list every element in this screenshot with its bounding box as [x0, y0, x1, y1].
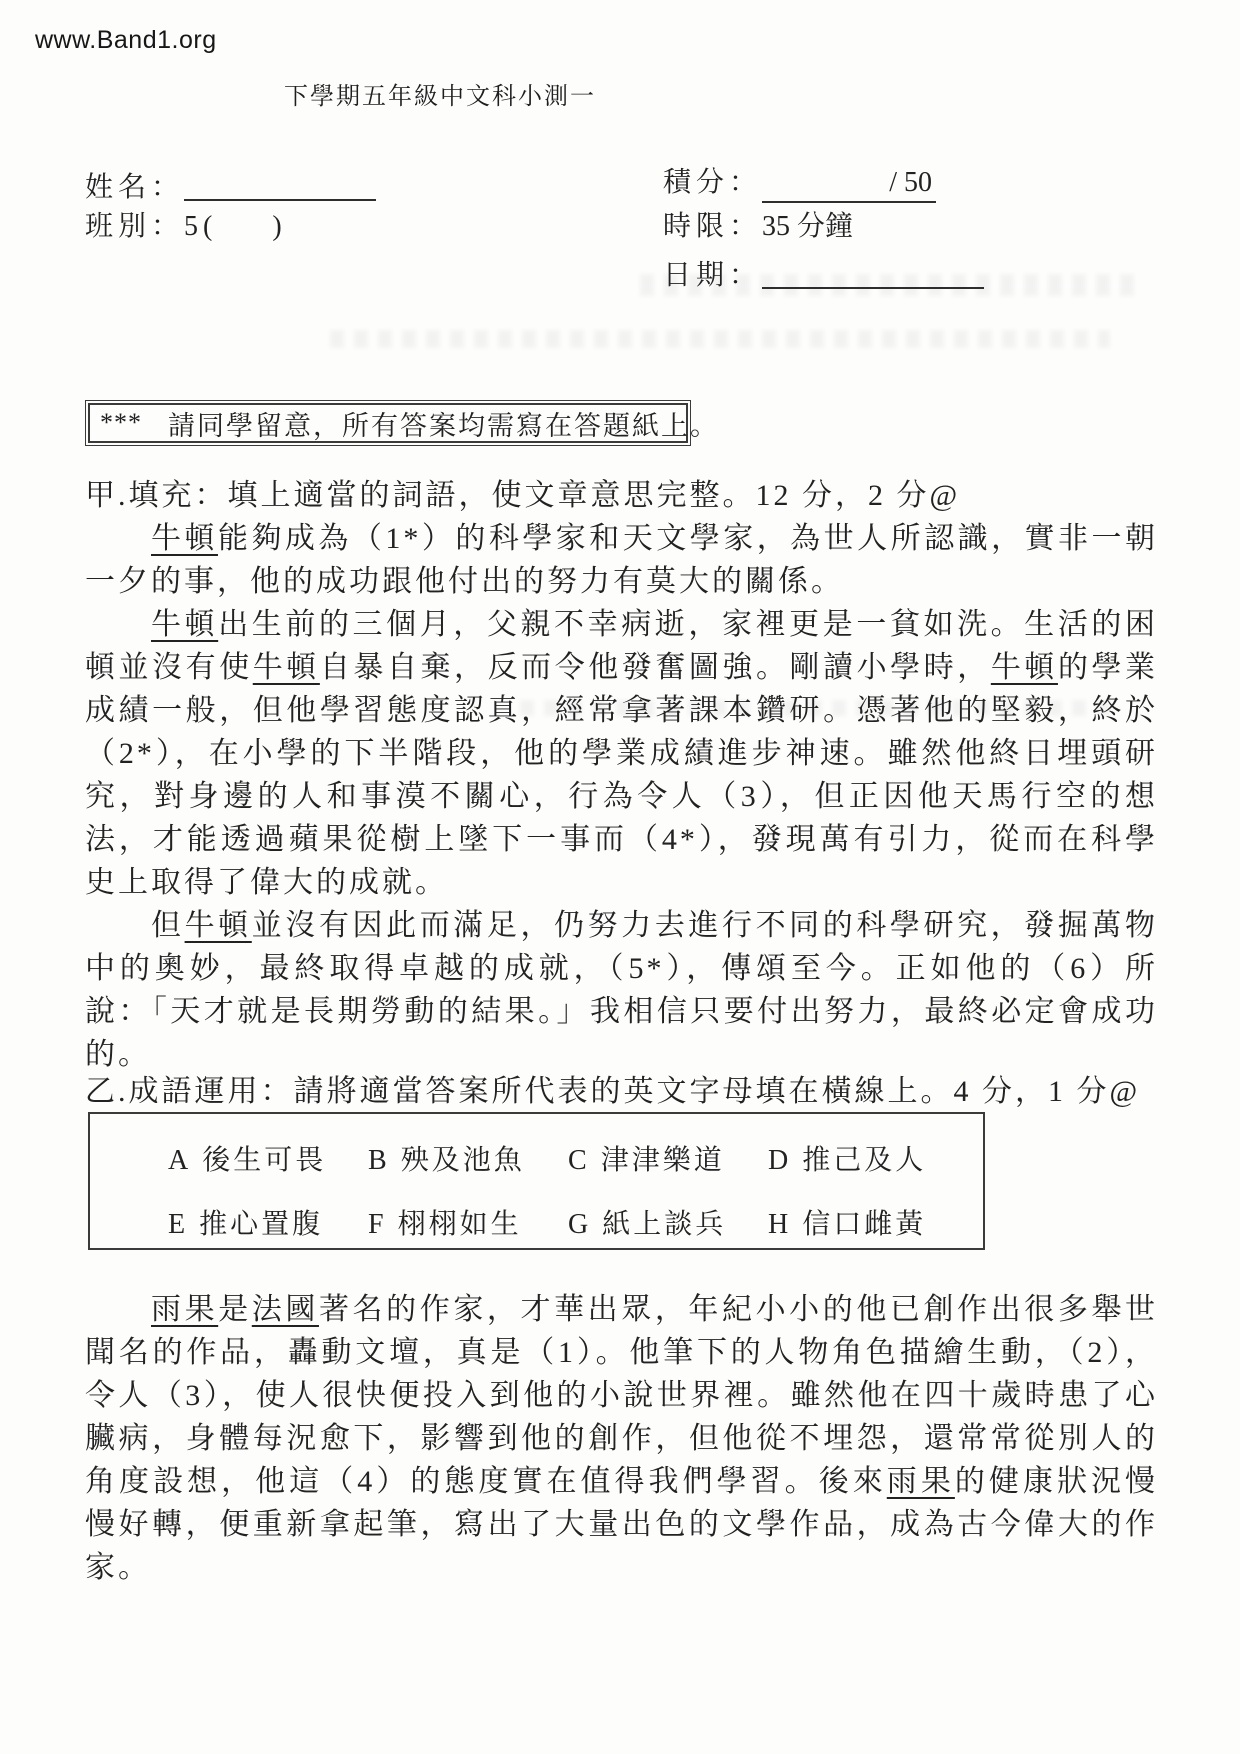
option-letter: H	[768, 1209, 788, 1241]
notice-stars: ***	[100, 408, 142, 438]
option-idiom: 信口雌黃	[802, 1209, 926, 1240]
idiom-option-h: H信口雌黃	[768, 1202, 968, 1248]
paragraph-newton-2: 牛頓出生前的三個月，父親不幸病逝，家裡更是一貧如洗。生活的困頓並沒有使牛頓自暴自…	[85, 603, 1158, 904]
underlined-name-newton: 牛頓	[991, 651, 1058, 684]
idiom-option-d: D推己及人	[768, 1138, 968, 1184]
class-paren-close: )	[272, 211, 281, 243]
time-limit-row: 時限：35 分鐘	[663, 204, 984, 248]
name-row: 姓名：	[85, 160, 376, 204]
paragraph-text: 能夠成為（1*）的科學家和天文學家，為世人所認識，實非一朝一夕的事，他的成功跟他…	[85, 522, 1158, 598]
idiom-option-a: A後生可畏	[168, 1138, 368, 1184]
score-blank-line: / 50	[762, 167, 936, 203]
option-idiom: 推己及人	[802, 1145, 926, 1176]
class-row: 班別：5()	[85, 204, 376, 248]
paragraph-newton-3: 但牛頓並沒有因此而滿足，仍努力去進行不同的科學研究，發掘萬物中的奧妙，最終取得卓…	[85, 904, 1158, 1076]
section-a: 甲.填充：填上適當的詞語，使文章意思完整。12 分，2 分@ 牛頓能夠成為（1*…	[85, 474, 1158, 1076]
idiom-option-e: E推心置腹	[168, 1202, 368, 1248]
option-letter: E	[168, 1209, 185, 1241]
name-label: 姓名：	[85, 165, 184, 205]
option-letter: C	[568, 1145, 587, 1177]
option-idiom: 津津樂道	[601, 1145, 725, 1176]
scanned-test-paper: www.Band1.org 下學期五年級中文科小測一 姓名： 班別：5() 積分…	[0, 0, 1240, 1754]
underlined-name-newton: 牛頓	[253, 651, 320, 684]
option-letter: F	[368, 1209, 384, 1241]
underlined-name-newton: 牛頓	[185, 909, 252, 942]
paragraph-text: 的學業成績一般，但他學習態度認真，經常拿著課本鑽研。憑著他的堅毅，終於（2*），…	[85, 651, 1158, 899]
idiom-option-c: C津津樂道	[568, 1138, 768, 1184]
paragraph-hugo: 雨果是法國著名的作家，才華出眾，年紀小小的他已創作出很多舉世聞名的作品，轟動文壇…	[85, 1288, 1158, 1589]
paragraph-text: 自暴自棄，反而令他發奮圖強。剛讀小學時，	[320, 651, 991, 684]
option-idiom: 推心置腹	[199, 1209, 323, 1240]
paragraph-newton-1: 牛頓能夠成為（1*）的科學家和天文學家，為世人所認識，實非一朝一夕的事，他的成功…	[85, 517, 1158, 603]
option-idiom: 栩栩如生	[398, 1209, 522, 1240]
paragraph-text: 是	[218, 1293, 252, 1326]
idiom-option-f: F栩栩如生	[368, 1202, 568, 1248]
section-a-heading: 甲.填充：填上適當的詞語，使文章意思完整。12 分，2 分@	[85, 474, 1158, 517]
option-letter: D	[768, 1145, 788, 1177]
name-blank-line	[184, 165, 376, 201]
idiom-options-box: A後生可畏 B殃及池魚 C津津樂道 D推己及人 E推心置腹 F栩栩如生 G紙上談…	[88, 1112, 985, 1250]
date-label: 日期：	[663, 253, 762, 293]
class-label: 班別：5(	[85, 204, 217, 244]
score-info-block: 積分：/ 50 時限：35 分鐘 日期：	[663, 160, 984, 292]
score-row: 積分：/ 50	[663, 160, 984, 204]
paragraph-text: 但	[151, 909, 185, 942]
underlined-name-france: 法國	[252, 1293, 319, 1326]
option-letter: G	[568, 1209, 588, 1241]
scan-artifact	[330, 330, 1110, 348]
score-total: / 50	[889, 167, 932, 198]
underlined-name-newton: 牛頓	[151, 608, 218, 641]
watermark-text: www.Band1.org	[35, 26, 217, 55]
underlined-name-hugo: 雨果	[151, 1293, 218, 1326]
time-limit-value: 35 分鐘	[762, 204, 853, 244]
score-label: 積分：	[663, 160, 762, 200]
student-info-block: 姓名： 班別：5()	[85, 160, 376, 248]
time-limit-label: 時限：	[663, 204, 762, 244]
option-letter: B	[368, 1145, 387, 1177]
notice-box: ***請同學留意，所有答案均需寫在答題紙上。	[88, 403, 688, 443]
idiom-option-b: B殃及池魚	[368, 1138, 568, 1184]
underlined-name-hugo: 雨果	[887, 1465, 955, 1498]
option-idiom: 殃及池魚	[401, 1145, 525, 1176]
section-b-heading: 乙.成語運用：請將適當答案所代表的英文字母填在橫線上。4 分，1 分@	[85, 1070, 1205, 1113]
page-title: 下學期五年級中文科小測一	[0, 76, 880, 111]
option-idiom: 後生可畏	[202, 1145, 326, 1176]
underlined-name-newton: 牛頓	[151, 522, 218, 555]
option-letter: A	[168, 1145, 188, 1177]
date-blank-line	[762, 253, 984, 289]
idiom-option-g: G紙上談兵	[568, 1202, 768, 1248]
date-row: 日期：	[663, 248, 984, 292]
notice-text: 請同學留意，所有答案均需寫在答題紙上。	[168, 404, 719, 443]
option-idiom: 紙上談兵	[602, 1209, 726, 1240]
